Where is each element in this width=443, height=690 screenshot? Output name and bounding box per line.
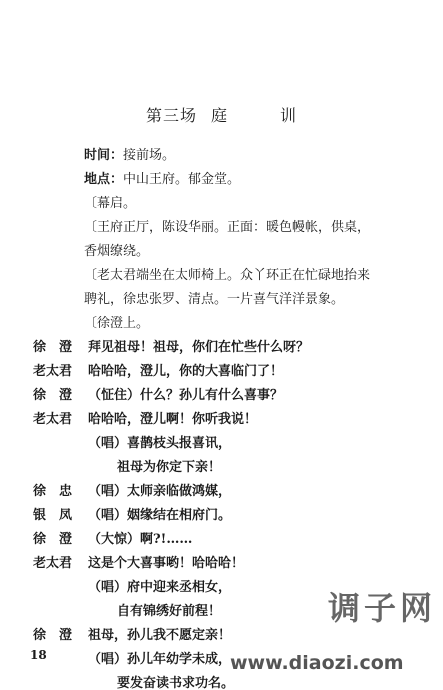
speaker-name: 徐 澄 xyxy=(33,340,79,356)
dialogue-line: 哈哈哈，澄儿啊！你听我说！ xyxy=(88,412,257,428)
dialogue-line: 祖母，孙儿我不愿定亲！ xyxy=(88,628,231,644)
dialogue-line: （怔住）什么？孙儿有什么喜事？ xyxy=(88,388,283,404)
dialogue-line: （唱）姻缘结在相府门。 xyxy=(88,508,231,524)
speaker-name: 老太君 xyxy=(33,556,79,572)
time-value: 接前场。 xyxy=(123,148,175,163)
stage-direction: 聘礼，徐忠张罗、清点。一片喜气洋洋景象。 xyxy=(84,292,344,308)
speaker-name: 徐 忠 xyxy=(33,484,79,500)
dialogue-line: 拜见祖母！祖母，你们在忙些什么呀？ xyxy=(88,340,309,356)
page-number: 18 xyxy=(30,648,47,662)
watermark-logo: 调子网 xyxy=(328,590,436,626)
dialogue-line: （大惊）啊?!…… xyxy=(88,532,192,548)
sung-line: （唱）孙儿年幼学未成， xyxy=(88,652,231,668)
time-label: 时间： xyxy=(84,148,123,163)
sung-line: （唱）府中迎来丞相女， xyxy=(88,580,231,596)
speaker-name: 徐 澄 xyxy=(33,388,79,404)
speaker-name: 老太君 xyxy=(33,364,79,380)
dialogue-line: 哈哈哈，澄儿，你的大喜临门了！ xyxy=(88,364,283,380)
scene-title: 第三场庭训 xyxy=(0,103,443,126)
dialogue-line: 这是个大喜事哟！哈哈哈！ xyxy=(88,556,244,572)
dialogue-line: （唱）太师亲临做鸿媒， xyxy=(88,484,231,500)
speaker-name: 徐 澄 xyxy=(33,532,79,548)
scene-title-char-1: 庭 xyxy=(211,103,228,126)
sung-line: （唱）喜鹊枝头报喜讯， xyxy=(88,436,231,452)
scene-number: 第三场 xyxy=(146,103,197,126)
watermark-url: www.diaozi.com xyxy=(230,651,404,675)
stage-direction: 〔王府正厅，陈设华丽。正面：暖色幔帐，供桌， xyxy=(84,220,370,236)
stage-direction: 〔幕启。 xyxy=(84,196,136,212)
place-label: 地点： xyxy=(84,172,123,187)
sung-line: 自有锦绣好前程！ xyxy=(117,604,221,620)
time-line: 时间：接前场。 xyxy=(84,148,175,164)
place-line: 地点：中山王府。郁金堂。 xyxy=(84,172,240,188)
stage-direction: 香烟缭绕。 xyxy=(84,244,149,260)
speaker-name: 徐 澄 xyxy=(33,628,79,644)
sung-line: 要发奋读书求功名。 xyxy=(117,676,234,690)
speaker-name: 银 凤 xyxy=(33,508,79,524)
stage-direction: 〔徐澄上。 xyxy=(84,316,149,332)
stage-direction: 〔老太君端坐在太师椅上。众丫环正在忙碌地抬来 xyxy=(84,268,370,284)
place-value: 中山王府。郁金堂。 xyxy=(123,172,240,187)
speaker-name: 老太君 xyxy=(33,412,79,428)
scene-title-char-2: 训 xyxy=(280,103,297,126)
sung-line: 祖母为你定下亲！ xyxy=(117,460,221,476)
